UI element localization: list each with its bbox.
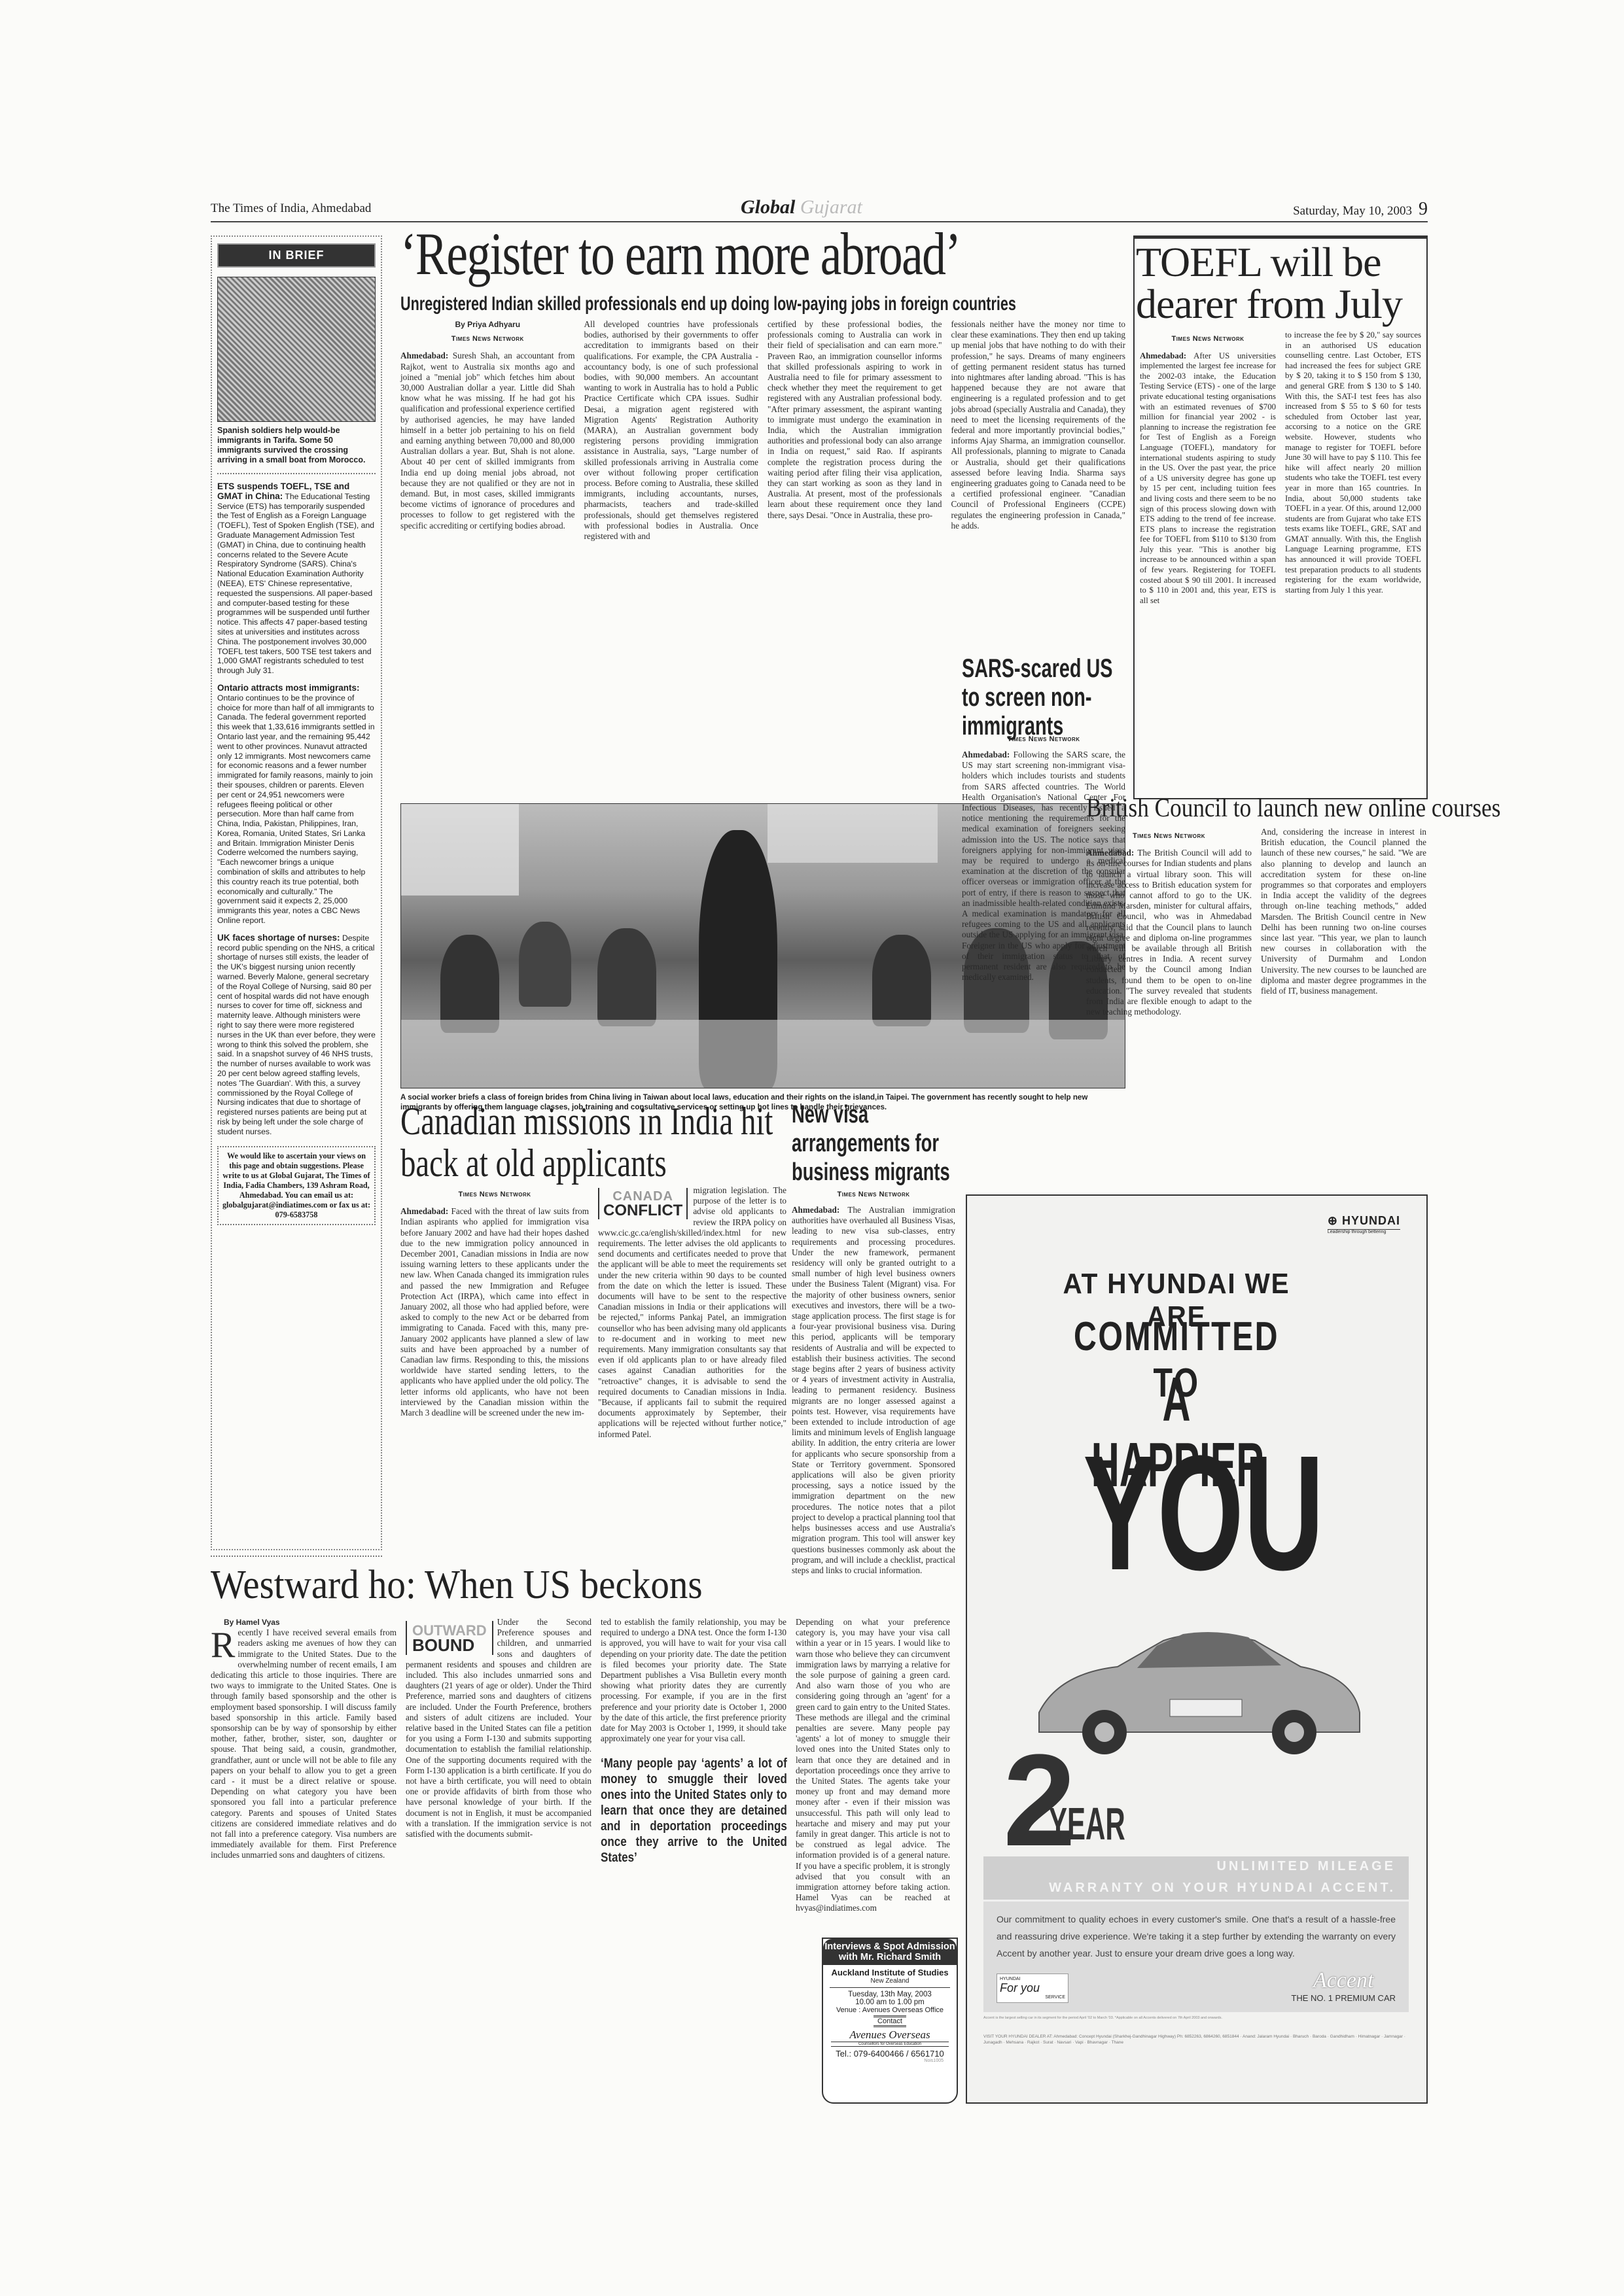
article-column: to increase the fee by $ 20," say source… — [1285, 330, 1421, 606]
ad-headline: Interviews & Spot Admission with Mr. Ric… — [823, 1939, 957, 1965]
warranty-line-2: WARRANTY ON YOUR HYUNDAI ACCENT. — [983, 1877, 1409, 1900]
institute-name: Auckland Institute of Studies — [823, 1968, 957, 1977]
ad-footer: HYUNDAI For you SERVICE Accent THE NO. 1… — [997, 1968, 1396, 2003]
article-column: By Hamel Vyas Recently I have received s… — [211, 1617, 397, 1914]
photo-window — [401, 804, 519, 896]
byline: By Hamel Vyas — [211, 1617, 397, 1627]
hyundai-advertisement[interactable]: ⊕ HYUNDAILeadership through bettering AT… — [966, 1194, 1428, 2104]
dateline: Ahmedabad: — [1086, 848, 1134, 858]
article-column: All developed countries have professiona… — [584, 319, 759, 542]
model-name: Accent — [1291, 1968, 1396, 1993]
section-title: Global Gujarat — [741, 196, 862, 218]
column-text: ecently I have received several emails f… — [211, 1627, 397, 1860]
event-time: 10.00 am to 1.00 pm — [823, 1998, 957, 2006]
for-you-service-badge: HYUNDAI For you SERVICE — [997, 1974, 1068, 2003]
dealer-list: VISIT YOUR HYUNDAI DEALER AT: Ahmedabad:… — [983, 2034, 1409, 2045]
feedback-box: We would like to ascertain your views on… — [217, 1146, 376, 1225]
warranty-panel: 2 YEAR UNLIMITED MILEAGE WARRANTY ON YOU… — [983, 1778, 1409, 2045]
issue-date: Saturday, May 10, 20039 — [1293, 199, 1428, 220]
article-british-council: British Council to launch new online cou… — [1086, 791, 1426, 1017]
publication-name: The Times of India, Ahmedabad — [211, 201, 371, 216]
brief-item-title: UK faces shortage of nurses: — [217, 933, 340, 943]
headline-toefl: TOEFL will be dearer from July — [1135, 241, 1426, 325]
ad-body-panel: Our commitment to quality echoes in ever… — [983, 1900, 1409, 2012]
agency-credit: Times News Network — [1086, 831, 1252, 841]
photo-student — [872, 935, 931, 1026]
divider — [217, 473, 376, 474]
section-title-gujarat: Gujarat — [800, 196, 862, 218]
divider — [830, 1987, 950, 1988]
article-column: Times News Network Ahmedabad: The Britis… — [1086, 827, 1252, 1017]
article-column: And, considering the increase in interes… — [1261, 827, 1426, 1017]
brief-item: ETS suspends TOEFL, TSE and GMAT in Chin… — [217, 482, 376, 676]
subheadline-register: Unregistered Indian skilled professional… — [400, 293, 1016, 315]
tarifa-photo — [217, 277, 376, 422]
article-column: ted to establish the family relationship… — [601, 1617, 786, 1914]
outward-bound-tag: OUTWARDBOUND — [406, 1621, 493, 1655]
headline-canada: Canadian missions in India hit back at o… — [400, 1100, 788, 1184]
ad-fine-print: Accent is the largest selling car in its… — [983, 2016, 1409, 2021]
service-sub: SERVICE — [1000, 1995, 1065, 2000]
drop-cap: R — [211, 1630, 238, 1660]
tag-bottom: BOUND — [412, 1638, 487, 1652]
canada-conflict-tag: CANADACONFLICT — [598, 1188, 688, 1219]
column-text: migration legislation. The purpose of th… — [598, 1185, 786, 1439]
page-number: 9 — [1419, 199, 1428, 219]
headline-new-visa: New visa arrangements for business migra… — [792, 1100, 957, 1187]
brief-item-text: The Educational Testing Service (ETS) ha… — [217, 492, 374, 675]
article-westward: By Hamel Vyas Recently I have received s… — [211, 1617, 950, 1914]
column-text: Faced with the threat of law suits from … — [400, 1206, 589, 1418]
column-text: Suresh Shah, an accountant from Rajkot, … — [400, 351, 575, 530]
photo-student — [519, 922, 571, 1007]
dateline: Ahmedabad: — [1140, 351, 1186, 360]
headline-register: ‘Register to earn more abroad’ — [400, 221, 960, 287]
byline: By Priya Adhyaru — [400, 319, 575, 330]
article-column: OUTWARDBOUND Under the Second Preference… — [406, 1617, 591, 1914]
dateline: Ahmedabad: — [400, 1206, 448, 1216]
masthead: The Times of India, Ahmedabad Global Guj… — [211, 196, 1428, 222]
article-new-visa: New visa arrangements for business migra… — [792, 1100, 955, 1576]
article-column: Times News Network Ahmedabad: After US u… — [1140, 330, 1276, 606]
headline-sars: SARS-scared US to screen non-immigrants — [962, 654, 1127, 740]
hyundai-logo: ⊕ HYUNDAILeadership through bettering — [1328, 1214, 1400, 1234]
tag-bottom: CONFLICT — [603, 1204, 682, 1218]
brief-item-text: Ontario continues to be the province of … — [217, 693, 375, 925]
article-column: Times News Network Ahmedabad: Faced with… — [400, 1185, 589, 1440]
article-column: fessionals neither have the money nor ti… — [951, 319, 1126, 542]
article-body: The Australian immigration authorities h… — [792, 1205, 955, 1575]
contact-label: Contact — [874, 2015, 906, 2027]
bc-columns: Times News Network Ahmedabad: The Britis… — [1086, 827, 1426, 1017]
ad-reference: Nois1005 — [823, 2059, 957, 2063]
agency-credit: Times News Network — [400, 334, 575, 344]
article-column: CANADACONFLICT migration legislation. Th… — [598, 1185, 786, 1440]
column-text: After US universities implemented the la… — [1140, 351, 1276, 605]
event-date: Tuesday, 13th May, 2003 — [823, 1991, 957, 1998]
company-name: Avenues Overseas — [823, 2028, 957, 2042]
article-register: By Priya Adhyaru Times News Network Ahme… — [400, 319, 1125, 542]
divider — [211, 1556, 382, 1557]
agency-credit: Times News Network — [1140, 334, 1276, 345]
pull-quote: ‘Many people pay ‘agents’ a lot of money… — [601, 1756, 787, 1866]
article-text: Ahmedabad: The Australian immigration au… — [792, 1205, 955, 1576]
photo-student — [597, 928, 656, 1026]
photo-window — [768, 804, 938, 863]
dateline: Ahmedabad: — [962, 750, 1010, 759]
institute-country: New Zealand — [823, 1977, 957, 1985]
agency-credit: Times News Network — [792, 1191, 955, 1198]
accent-logo: Accent THE NO. 1 PREMIUM CAR — [1291, 1968, 1396, 2003]
photo-desks — [401, 1020, 1125, 1088]
warranty-heading: 2 YEAR — [983, 1778, 1409, 1856]
brief-item: UK faces shortage of nurses: Despite rec… — [217, 933, 376, 1137]
brief-item-title: Ontario attracts most immigrants: — [217, 683, 360, 693]
company-subtitle: Counsellors for Overseas Education — [831, 2042, 949, 2047]
headline-westward: Westward ho: When US beckons — [211, 1562, 703, 1608]
in-brief-header: IN BRIEF — [217, 243, 376, 268]
article-column: Depending on what your preference catego… — [796, 1617, 950, 1914]
model-tagline: THE NO. 1 PREMIUM CAR — [1291, 1993, 1396, 2003]
article-toefl: TOEFL will be dearer from July Times New… — [1133, 235, 1428, 799]
headline-british-council: British Council to launch new online cou… — [1086, 791, 1432, 824]
date-text: Saturday, May 10, 2003 — [1293, 204, 1412, 218]
in-brief-column: IN BRIEF Spanish soldiers help would-be … — [211, 235, 382, 1550]
avenues-overseas-advertisement[interactable]: Interviews & Spot Admission with Mr. Ric… — [822, 1938, 958, 2104]
dateline: Ahmedabad: — [792, 1205, 839, 1215]
warranty-word: YEAR — [1049, 1801, 1125, 1847]
photo-caption: Spanish soldiers help would-be immigrant… — [217, 426, 376, 465]
column-text: ted to establish the family relationship… — [601, 1617, 786, 1743]
section-title-global: Global — [741, 196, 795, 218]
phone-number[interactable]: Tel.: 079-6400466 / 6561710 — [823, 2049, 957, 2059]
ad-body-text: Our commitment to quality echoes in ever… — [997, 1911, 1396, 1962]
column-text: The British Council will add to its on-l… — [1086, 848, 1252, 1017]
agency-credit: Times News Network — [400, 1189, 589, 1200]
photo-student — [440, 935, 499, 1033]
article-canada: Times News Network Ahmedabad: Faced with… — [400, 1185, 786, 1440]
brand-tagline: Leadership through bettering — [1328, 1229, 1400, 1234]
article-column: By Priya Adhyaru Times News Network Ahme… — [400, 319, 575, 542]
dateline: Ahmedabad: — [400, 351, 448, 360]
event-venue: Venue : Avenues Overseas Office — [823, 2006, 957, 2014]
service-label: For you — [1000, 1981, 1065, 1995]
article-column: certified by these professional bodies, … — [768, 319, 942, 542]
toefl-columns: Times News Network Ahmedabad: After US u… — [1135, 325, 1426, 606]
brief-item: Ontario attracts most immigrants: Ontari… — [217, 684, 376, 926]
ad-line-4: YOU — [1083, 1431, 1270, 1595]
brand-name: HYUNDAI — [1342, 1214, 1400, 1227]
brief-item-text: Despite record public spending on the NH… — [217, 933, 376, 1136]
service-brand: HYUNDAI — [1000, 1977, 1065, 1981]
